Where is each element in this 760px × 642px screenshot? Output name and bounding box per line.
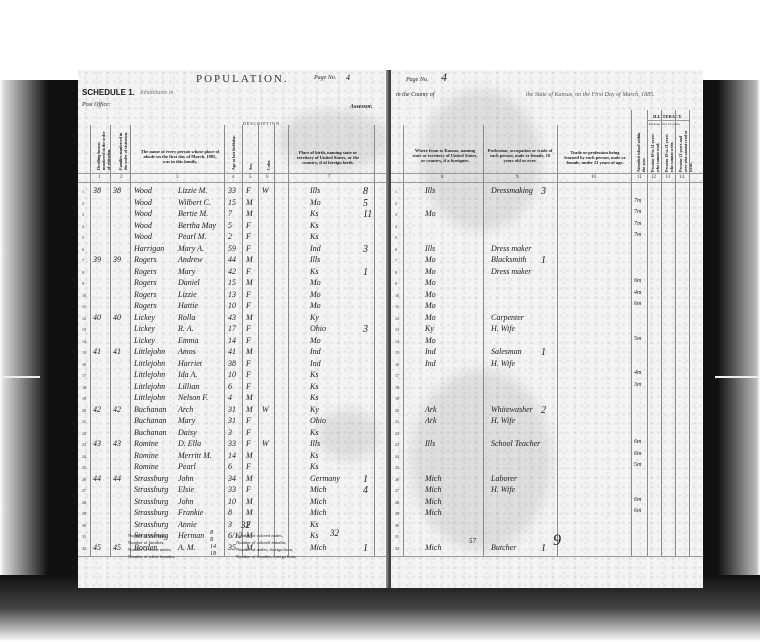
sex: M	[246, 198, 253, 207]
row-number: 20	[82, 408, 86, 413]
row-number: 9	[395, 281, 397, 286]
sex: F	[246, 221, 251, 230]
row-number: 8	[395, 270, 397, 275]
occupation: Whitewasher	[491, 405, 533, 414]
tally-mark: 1	[541, 347, 546, 358]
tally-mark: 4	[363, 485, 368, 496]
sex: M	[246, 451, 253, 460]
row-number: 26	[395, 477, 399, 482]
birthplace: Germany	[310, 474, 340, 483]
occupation: Dress maker	[491, 267, 531, 276]
table-row: 15IndSalesman1	[391, 347, 703, 359]
sex: F	[246, 336, 251, 345]
table-row: 27StrassburgElsie33FMich4	[78, 485, 390, 497]
column-number: 14	[679, 175, 684, 180]
age: 14	[228, 451, 236, 460]
row-number: 2	[82, 201, 84, 206]
given-name: Mary A.	[178, 244, 204, 253]
header-from: Where from to Kansas, naming state or te…	[411, 148, 479, 163]
table-row: 11Mo6m	[391, 301, 703, 313]
tally-mark: 1	[363, 267, 368, 278]
scan-left-shadow	[0, 80, 80, 600]
row-number: 6	[82, 247, 84, 252]
came-from: Ills	[425, 244, 435, 253]
table-row: 7MoBlacksmith1	[391, 255, 703, 267]
table-row: 3Mo7m	[391, 209, 703, 221]
table-row: 47m	[391, 221, 703, 233]
population-title: POPULATION.	[196, 73, 289, 85]
row-number: 15	[82, 350, 86, 355]
came-from: Mo	[425, 301, 436, 310]
sex: F	[246, 186, 251, 195]
row-number: 16	[82, 362, 86, 367]
given-name: Mary	[178, 416, 195, 425]
came-from: Mo	[425, 267, 436, 276]
birthplace: Mo	[310, 290, 321, 299]
tally-mark: 1	[541, 543, 546, 554]
family-number: 42	[113, 405, 121, 414]
table-row: 174m	[391, 370, 703, 382]
birthplace: Ills	[310, 186, 320, 195]
given-name: Andrew	[178, 255, 203, 264]
tally-mark: 5	[363, 198, 368, 209]
table-row: 16IndH. Wife	[391, 359, 703, 371]
came-from: Mich	[425, 485, 441, 494]
birthplace: Ind	[310, 347, 321, 356]
sex: M	[246, 474, 253, 483]
column-number: 2	[120, 175, 123, 180]
table-bottom-rule	[78, 556, 390, 557]
row-number: 24	[82, 454, 86, 459]
surname: Littlejohn	[134, 359, 165, 368]
given-name: Lizzie M.	[178, 186, 207, 195]
right-page-label: Page No.	[406, 77, 428, 83]
row-number: 1	[82, 189, 84, 194]
sex: F	[246, 301, 251, 310]
row-number: 26	[82, 477, 86, 482]
birthplace: Ohio	[310, 416, 326, 425]
age: 34	[228, 474, 236, 483]
illiteracy-header: ILLITERACY.	[653, 114, 682, 119]
description-header: DESCRIPTION.	[243, 121, 282, 126]
birthplace: Ks	[310, 267, 318, 276]
came-from: Ind	[425, 347, 436, 356]
birthplace: Mich	[310, 543, 326, 552]
age: 10	[228, 301, 236, 310]
table-row: 8MoDress maker	[391, 267, 703, 279]
post-office-label: Post Office:	[82, 102, 111, 108]
table-row: 3WoodBertie M.7MKs11	[78, 209, 390, 221]
row-number: 23	[395, 442, 399, 447]
birthplace: Ks	[310, 393, 318, 402]
age: 31	[228, 405, 236, 414]
row-number: 25	[82, 465, 86, 470]
came-from: Ills	[425, 439, 435, 448]
occupation: H. Wife	[491, 416, 515, 425]
tally-mark: 3	[363, 244, 368, 255]
header-name: The name of every person whose place of …	[140, 149, 220, 164]
surname: Littlejohn	[134, 393, 165, 402]
table-row: 10RogersLizzie13FMo	[78, 290, 390, 302]
table-row: 5WoodPearl M.2FKs	[78, 232, 390, 244]
occupation: H. Wife	[491, 324, 515, 333]
row-number: 4	[82, 224, 84, 229]
header-school: Attended school within the year.	[636, 132, 646, 172]
birthplace: Ks	[310, 531, 318, 540]
age: 35	[228, 543, 236, 552]
summary-right-labels: Number of colored males, Number of color…	[236, 532, 296, 560]
header-age: Age at last birthday.	[231, 130, 236, 170]
occupation: Blacksmith	[491, 255, 527, 264]
given-name: Amos	[178, 347, 196, 356]
age: 5	[228, 221, 232, 230]
row-number: 24	[395, 454, 399, 459]
header-trade: Trade or profession being learned by eac…	[563, 150, 627, 165]
dwelling-number: 39	[93, 255, 101, 264]
row-number: 17	[395, 373, 399, 378]
given-name: Mary	[178, 267, 195, 276]
table-row: 12MoCarpenter	[391, 313, 703, 325]
table-row: 204242BuchananArch31MWKy	[78, 405, 390, 417]
row-number: 5	[395, 235, 397, 240]
surname: Wood	[134, 198, 152, 207]
table-row: 29Mich6m	[391, 508, 703, 520]
row-number: 3	[82, 212, 84, 217]
row-number: 30	[82, 523, 86, 528]
school-months: 6m	[634, 508, 641, 514]
age: 14	[228, 336, 236, 345]
given-name: Emma	[178, 336, 198, 345]
school-months: 4m	[634, 370, 641, 376]
came-from: Ky	[425, 324, 434, 333]
summary-left-values: 8 8 14 18	[210, 530, 216, 558]
row-number: 22	[395, 431, 399, 436]
header-cannot-read: Persons 10 to 21 years who cannot read.	[650, 130, 660, 172]
birthplace: Mich	[310, 508, 326, 517]
surname: Romine	[134, 462, 158, 471]
school-months: 7m	[634, 232, 641, 238]
column-number: 11	[637, 175, 642, 180]
header-occupation: Profession, occupation or trade of each …	[487, 148, 553, 163]
summary-total-mark: 32	[241, 520, 250, 530]
age: 15	[228, 278, 236, 287]
surname: Lickey	[134, 313, 155, 322]
table-row: 9Mo6m	[391, 278, 703, 290]
row-number: 32	[395, 546, 399, 551]
table-row: 73939RogersAndrew44MIlls	[78, 255, 390, 267]
sex: M	[246, 209, 253, 218]
age: 13	[228, 290, 236, 299]
column-number: 3	[176, 175, 179, 180]
age: 44	[228, 255, 236, 264]
row-number: 29	[82, 511, 86, 516]
color: W	[262, 405, 269, 414]
sex: F	[246, 416, 251, 425]
header-color: Color.	[266, 130, 271, 170]
table-row: 27MichH. Wife	[391, 485, 703, 497]
row-number: 2	[395, 201, 397, 206]
came-from: Mich	[425, 474, 441, 483]
sex: F	[246, 428, 251, 437]
header-families: Families numbered in the order of visita…	[118, 128, 128, 170]
sex: F	[246, 324, 251, 333]
surname: Rogers	[134, 255, 157, 264]
table-row: 21BuchananMary31FOhio	[78, 416, 390, 428]
surname: Romine	[134, 451, 158, 460]
table-row: 28StrassburgJohn10MMich	[78, 497, 390, 509]
tally-mark: 1	[363, 474, 368, 485]
sex: F	[246, 232, 251, 241]
table-row: 234343RomineD. Ella33FWIlls	[78, 439, 390, 451]
column-number: 13	[665, 175, 670, 180]
tally-mark: 1	[541, 255, 546, 266]
school-months: 6m	[634, 301, 641, 307]
birthplace: Ohio	[310, 324, 326, 333]
school-months: 6m	[634, 439, 641, 445]
surname: Rogers	[134, 267, 157, 276]
row-number: 28	[395, 500, 399, 505]
dwelling-number: 38	[93, 186, 101, 195]
row-number: 18	[82, 385, 86, 390]
occupation: Carpenter	[491, 313, 524, 322]
given-name: Merritt M.	[178, 451, 212, 460]
column-number: 6	[266, 175, 269, 180]
family-number: 41	[113, 347, 121, 356]
occupation: H. Wife	[491, 485, 515, 494]
dwelling-number: 44	[93, 474, 101, 483]
column-number: 9	[516, 175, 519, 180]
header-rule	[391, 182, 703, 183]
birthplace: Mo	[310, 198, 321, 207]
row-number: 3	[395, 212, 397, 217]
row-number: 29	[395, 511, 399, 516]
table-row: 9RogersDaniel15MMo	[78, 278, 390, 290]
family-number: 39	[113, 255, 121, 264]
came-from: Mich	[425, 543, 441, 552]
family-number: 38	[113, 186, 121, 195]
row-number: 13	[82, 327, 86, 332]
birthplace: Ky	[310, 313, 319, 322]
tally-mark: 8	[363, 186, 368, 197]
table-row: 14Mo5m	[391, 336, 703, 348]
school-months: 6m	[634, 497, 641, 503]
surname: Wood	[134, 232, 152, 241]
table-row: 4WoodBertha May5FKs	[78, 221, 390, 233]
given-name: Arch	[178, 405, 193, 414]
occupation: Laborer	[491, 474, 517, 483]
row-number: 31	[82, 534, 86, 539]
table-row: 30StrassburgAnnie3FKs	[78, 520, 390, 532]
given-name: D. Ella	[178, 439, 201, 448]
row-number: 12	[395, 316, 399, 321]
birthplace: Mo	[310, 336, 321, 345]
birthplace: Ks	[310, 232, 318, 241]
row-number: 18	[395, 385, 399, 390]
given-name: Pearl	[178, 462, 196, 471]
row-number: 16	[395, 362, 399, 367]
occupation: H. Wife	[491, 359, 515, 368]
birthplace: Mich	[310, 485, 326, 494]
table-row: 20ArkWhitewasher2	[391, 405, 703, 417]
table-row: 22BuchananDaisy3FKs	[78, 428, 390, 440]
school-months: 6m	[634, 278, 641, 284]
row-number: 9	[82, 281, 84, 286]
sex: F	[246, 359, 251, 368]
came-from: Ark	[425, 405, 437, 414]
dwelling-number: 42	[93, 405, 101, 414]
tally-mark: 11	[363, 209, 372, 220]
came-from: Mich	[425, 497, 441, 506]
school-months: 3m	[634, 382, 641, 388]
surname: Lickey	[134, 336, 155, 345]
birthplace: Ks	[310, 451, 318, 460]
table-row: 22	[391, 428, 703, 440]
given-name: Daisy	[178, 428, 197, 437]
table-row: 23IllsSchool Teacher6m	[391, 439, 703, 451]
left-page: POPULATION. SCHEDULE 1. Inhabitants in P…	[78, 70, 390, 588]
birthplace: Ills	[310, 439, 320, 448]
table-row: 25RominePearl6FKs	[78, 462, 390, 474]
table-row: 11RogersHattie10FMo	[78, 301, 390, 313]
surname: Wood	[134, 186, 152, 195]
tally-mark: 1	[363, 543, 368, 554]
summary-left-labels: Number of dwellings, Number of families,…	[128, 532, 175, 560]
column-number: 10	[591, 175, 596, 180]
surname: Rogers	[134, 278, 157, 287]
table-row: 31	[391, 531, 703, 543]
row-number: 7	[395, 258, 397, 263]
sex: M	[246, 347, 253, 356]
school-months: 5m	[634, 336, 641, 342]
birthplace: Ky	[310, 405, 319, 414]
column-number: 8	[441, 175, 444, 180]
family-number: 43	[113, 439, 121, 448]
given-name: Bertha May	[178, 221, 216, 230]
family-number: 45	[113, 543, 121, 552]
age: 4	[228, 393, 232, 402]
right-page: Page No. 4 in the County of the State of…	[391, 70, 703, 588]
birthplace: Ks	[310, 370, 318, 379]
header-rule	[647, 120, 689, 121]
row-number: 27	[82, 488, 86, 493]
came-from: Mo	[425, 313, 436, 322]
dwelling-number: 40	[93, 313, 101, 322]
dwelling-number: 45	[93, 543, 101, 552]
birthplace: Ks	[310, 520, 318, 529]
dwelling-number: 41	[93, 347, 101, 356]
came-from: Ind	[425, 359, 436, 368]
table-row: 32MichButcher1	[391, 543, 703, 555]
school-months: 7m	[634, 221, 641, 227]
came-from: Mo	[425, 290, 436, 299]
sex: M	[246, 313, 253, 322]
table-row: 154141LittlejohnAmos41MInd	[78, 347, 390, 359]
sex: F	[246, 290, 251, 299]
surname: Littlejohn	[134, 347, 165, 356]
state-line: the State of Kansas, on the First Day of…	[526, 92, 655, 98]
row-number: 31	[395, 534, 399, 539]
age: 6	[228, 462, 232, 471]
row-number: 13	[395, 327, 399, 332]
row-number: 25	[395, 465, 399, 470]
occupation: Dressmaking	[491, 186, 533, 195]
sex: F	[246, 267, 251, 276]
row-number: 5	[82, 235, 84, 240]
schedule-label: SCHEDULE 1.	[82, 88, 135, 97]
row-number: 7	[82, 258, 84, 263]
given-name: Annie	[178, 520, 197, 529]
row-number: 11	[82, 304, 86, 309]
column-number: 7	[328, 175, 331, 180]
page-number: 4	[346, 73, 350, 82]
surname: Strassburg	[134, 474, 168, 483]
row-number: 21	[395, 419, 399, 424]
column-number: 12	[651, 175, 656, 180]
family-number: 44	[113, 474, 121, 483]
column-number: 4	[232, 175, 235, 180]
table-row: 19	[391, 393, 703, 405]
table-row: 124040LickeyRolla43MKy	[78, 313, 390, 325]
row-number: 27	[395, 488, 399, 493]
column-number: 1	[98, 175, 101, 180]
row-number: 32	[82, 546, 86, 551]
table-row: 13KyH. Wife	[391, 324, 703, 336]
birthplace: Ks	[310, 221, 318, 230]
header-sex: Sex.	[248, 145, 253, 170]
surname: Strassburg	[134, 485, 168, 494]
school-months: 5m	[634, 462, 641, 468]
sex: M	[246, 255, 253, 264]
header-rule	[78, 182, 390, 183]
age: 38	[228, 359, 236, 368]
came-from: Mo	[425, 255, 436, 264]
birthplace: Mo	[310, 278, 321, 287]
county-label: in the County of	[396, 92, 435, 98]
header-dwellings: Dwelling-houses numbered in the order of…	[96, 128, 111, 170]
footer-mark: 57	[469, 537, 476, 545]
row-number: 19	[82, 396, 86, 401]
given-name: Wilbert C.	[178, 198, 211, 207]
birthplace: Ks	[310, 462, 318, 471]
row-number: 14	[82, 339, 86, 344]
sex: F	[246, 462, 251, 471]
surname: Strassburg	[134, 508, 168, 517]
table-row: 57m	[391, 232, 703, 244]
sex: F	[246, 370, 251, 379]
header-birthplace: Place of birth, naming state or territor…	[290, 150, 366, 165]
table-row: 1IllsDressmaking3	[391, 186, 703, 198]
color: W	[262, 186, 269, 195]
scan-artifact	[0, 376, 40, 378]
table-row: 324545BordenA. M.35MMich1	[78, 543, 390, 555]
age: 31	[228, 416, 236, 425]
assessor-label: Assessor.	[350, 104, 373, 110]
given-name: Ida A.	[178, 370, 197, 379]
row-number: 6	[395, 247, 397, 252]
sex: M	[246, 508, 253, 517]
age: 42	[228, 267, 236, 276]
row-number: 19	[395, 396, 399, 401]
age: 2	[228, 232, 232, 241]
birthplace: Mich	[310, 497, 326, 506]
row-number: 23	[82, 442, 86, 447]
age: 33	[228, 485, 236, 494]
tally-mark: 2	[541, 405, 546, 416]
surname: Wood	[134, 209, 152, 218]
row-number: 20	[395, 408, 399, 413]
age: 33	[228, 439, 236, 448]
row-number: 11	[395, 304, 399, 309]
